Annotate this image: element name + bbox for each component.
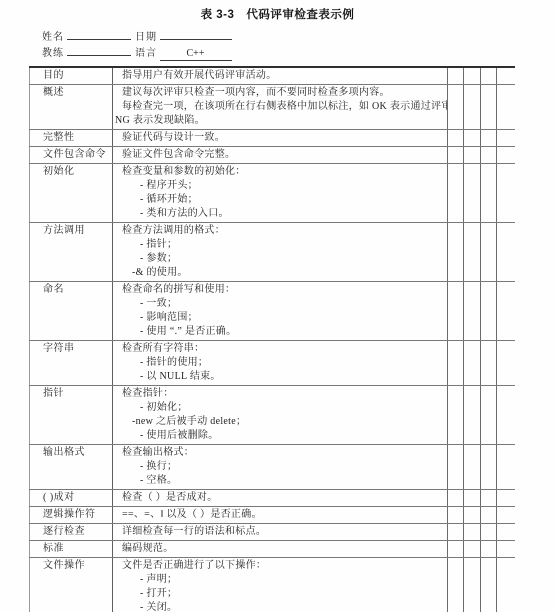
check-mark-cell [497, 490, 515, 507]
description-cell: 编码规范。 [113, 541, 448, 558]
description-line: - 声明； [113, 573, 447, 587]
description-line: - 初始化； [113, 401, 447, 415]
description-line: 检查变量和参数的初始化： [113, 165, 447, 179]
check-mark-cell [497, 445, 515, 490]
check-mark-cell [497, 524, 515, 541]
check-mark-cell [464, 147, 481, 164]
check-mark-cell [481, 445, 497, 490]
check-mark-cell [481, 541, 497, 558]
check-mark-cell [464, 85, 481, 130]
description-cell: 检查所有字符串：- 指针的使用；- 以 NULL 结束。 [113, 341, 448, 386]
category-cell: 输出格式 [30, 445, 113, 490]
description-line: -& 的使用。 [113, 266, 447, 280]
description-line: - 打开； [113, 587, 447, 601]
description-line: - 循环开始； [113, 193, 447, 207]
check-mark-cell [481, 341, 497, 386]
table-row: 字符串检查所有字符串：- 指针的使用；- 以 NULL 结束。 [30, 341, 515, 386]
description-cell: 验证文件包含命令完整。 [113, 147, 448, 164]
check-mark-cell [448, 164, 464, 223]
check-mark-cell [464, 164, 481, 223]
table-row: 标准编码规范。 [30, 541, 515, 558]
check-mark-cell [448, 558, 464, 612]
check-mark-cell [464, 130, 481, 147]
check-mark-cell [448, 386, 464, 445]
table-row: 初始化检查变量和参数的初始化：- 程序开头；- 循环开始；- 类和方法的入口。 [30, 164, 515, 223]
header-fields: 姓名 日期 教练 语言 C++ [42, 29, 555, 61]
description-cell: 检查命名的拼写和使用：- 一致；- 影响范围；- 使用 “.” 是否正确。 [113, 282, 448, 341]
language-underline: C++ [160, 48, 232, 61]
table-row: 逐行检查详细检查每一行的语法和标点。 [30, 524, 515, 541]
check-mark-cell [497, 147, 515, 164]
check-mark-cell [464, 541, 481, 558]
name-underline [67, 29, 131, 40]
description-line: 检查方法调用的格式： [113, 224, 447, 238]
description-line: 文件是否正确进行了以下操作： [113, 559, 447, 573]
category-cell: 标准 [30, 541, 113, 558]
description-line: 建议每次评审只检查一项内容，而不要同时检查多项内容。 [113, 86, 447, 100]
check-mark-cell [497, 223, 515, 282]
table-row: 文件操作文件是否正确进行了以下操作：- 声明；- 打开；- 关闭。 [30, 558, 515, 612]
description-line: 每检查完一项，在该项所在行右侧表格中加以标注，如 OK 表示通过评审， [113, 100, 447, 114]
check-mark-cell [448, 67, 464, 85]
table-row: 指针检查指针：- 初始化；-new 之后被手动 delete；- 使用后被删除。 [30, 386, 515, 445]
check-mark-cell [481, 67, 497, 85]
description-line: 编码规范。 [113, 542, 447, 556]
check-mark-cell [464, 282, 481, 341]
check-mark-cell [497, 282, 515, 341]
description-line: - 影响范围； [113, 311, 447, 325]
checklist-table: 目的指导用户有效开展代码评审活动。概述建议每次评审只检查一项内容，而不要同时检查… [29, 66, 515, 612]
category-cell: 文件操作 [30, 558, 113, 612]
description-line: 检查命名的拼写和使用： [113, 283, 447, 297]
check-mark-cell [448, 524, 464, 541]
description-line: - 关闭。 [113, 601, 447, 612]
check-mark-cell [497, 67, 515, 85]
check-mark-cell [497, 386, 515, 445]
description-line: 详细检查每一行的语法和标点。 [113, 525, 447, 539]
check-mark-cell [481, 490, 497, 507]
category-cell: 方法调用 [30, 223, 113, 282]
description-line: 验证文件包含命令完整。 [113, 148, 447, 162]
description-line: - 换行； [113, 460, 447, 474]
description-cell: 检查方法调用的格式：- 指针；- 参数；-& 的使用。 [113, 223, 448, 282]
name-label: 姓名 [42, 32, 64, 43]
table-row: 完整性验证代码与设计一致。 [30, 130, 515, 147]
description-cell: 检查（ ）是否成对。 [113, 490, 448, 507]
description-cell: 指导用户有效开展代码评审活动。 [113, 67, 448, 85]
category-cell: 初始化 [30, 164, 113, 223]
check-mark-cell [464, 386, 481, 445]
check-mark-cell [481, 524, 497, 541]
description-line: - 以 NULL 结束。 [113, 370, 447, 384]
description-line: - 空格。 [113, 474, 447, 488]
check-mark-cell [497, 130, 515, 147]
check-mark-cell [481, 282, 497, 341]
description-line: 检查指针： [113, 387, 447, 401]
coach-label: 教练 [42, 48, 64, 59]
description-line: - 类和方法的入口。 [113, 207, 447, 221]
check-mark-cell [448, 130, 464, 147]
check-mark-cell [481, 507, 497, 524]
check-mark-cell [448, 507, 464, 524]
check-mark-cell [497, 164, 515, 223]
check-mark-cell [464, 507, 481, 524]
description-line: 验证代码与设计一致。 [113, 131, 447, 145]
description-line: - 指针的使用； [113, 356, 447, 370]
category-cell: 逐行检查 [30, 524, 113, 541]
check-mark-cell [481, 223, 497, 282]
table-row: 逻辑操作符==、=、‖ 以及（ ）是否正确。 [30, 507, 515, 524]
table-row: ( )成对检查（ ）是否成对。 [30, 490, 515, 507]
check-mark-cell [497, 507, 515, 524]
check-mark-cell [497, 341, 515, 386]
table-row: 输出格式检查输出格式：- 换行；- 空格。 [30, 445, 515, 490]
description-line: - 使用后被删除。 [113, 429, 447, 443]
description-cell: 检查指针：- 初始化；-new 之后被手动 delete；- 使用后被删除。 [113, 386, 448, 445]
check-mark-cell [481, 164, 497, 223]
description-cell: 文件是否正确进行了以下操作：- 声明；- 打开；- 关闭。 [113, 558, 448, 612]
table-row: 目的指导用户有效开展代码评审活动。 [30, 67, 515, 85]
date-underline [160, 29, 232, 40]
description-cell: 检查变量和参数的初始化：- 程序开头；- 循环开始；- 类和方法的入口。 [113, 164, 448, 223]
description-line: - 参数； [113, 252, 447, 266]
description-line: NG 表示发现缺陷。 [113, 114, 447, 128]
description-line: -new 之后被手动 delete； [113, 415, 447, 429]
check-mark-cell [481, 386, 497, 445]
description-cell: 详细检查每一行的语法和标点。 [113, 524, 448, 541]
category-cell: 完整性 [30, 130, 113, 147]
category-cell: 指针 [30, 386, 113, 445]
check-mark-cell [464, 223, 481, 282]
description-cell: 建议每次评审只检查一项内容，而不要同时检查多项内容。每检查完一项，在该项所在行右… [113, 85, 448, 130]
check-mark-cell [448, 85, 464, 130]
table-row: 文件包含命令验证文件包含命令完整。 [30, 147, 515, 164]
table-row: 方法调用检查方法调用的格式：- 指针；- 参数；-& 的使用。 [30, 223, 515, 282]
description-line: - 一致； [113, 297, 447, 311]
meta-line-1: 姓名 日期 [42, 29, 555, 45]
check-mark-cell [448, 541, 464, 558]
description-line: 指导用户有效开展代码评审活动。 [113, 69, 447, 83]
description-line: - 使用 “.” 是否正确。 [113, 325, 447, 339]
check-mark-cell [497, 558, 515, 612]
category-cell: 目的 [30, 67, 113, 85]
check-mark-cell [464, 490, 481, 507]
description-line: - 程序开头； [113, 179, 447, 193]
check-mark-cell [481, 85, 497, 130]
check-mark-cell [481, 130, 497, 147]
date-label: 日期 [135, 32, 157, 43]
category-cell: ( )成对 [30, 490, 113, 507]
description-cell: 验证代码与设计一致。 [113, 130, 448, 147]
check-mark-cell [464, 67, 481, 85]
check-mark-cell [448, 147, 464, 164]
meta-line-2: 教练 语言 C++ [42, 45, 555, 61]
language-value: C++ [187, 48, 205, 59]
category-cell: 命名 [30, 282, 113, 341]
description-line: 检查输出格式： [113, 446, 447, 460]
category-cell: 字符串 [30, 341, 113, 386]
checklist-rows: 目的指导用户有效开展代码评审活动。概述建议每次评审只检查一项内容，而不要同时检查… [30, 67, 515, 612]
check-mark-cell [464, 445, 481, 490]
description-line: - 指针； [113, 238, 447, 252]
table-row: 命名检查命名的拼写和使用：- 一致；- 影响范围；- 使用 “.” 是否正确。 [30, 282, 515, 341]
check-mark-cell [481, 147, 497, 164]
check-mark-cell [448, 341, 464, 386]
language-label: 语言 [135, 48, 157, 59]
description-line: 检查所有字符串： [113, 342, 447, 356]
check-mark-cell [464, 524, 481, 541]
check-mark-cell [481, 558, 497, 612]
check-mark-cell [464, 558, 481, 612]
description-cell: ==、=、‖ 以及（ ）是否正确。 [113, 507, 448, 524]
page-title: 表 3-3 代码评审检查表示例 [0, 0, 555, 22]
check-mark-cell [448, 445, 464, 490]
description-line: ==、=、‖ 以及（ ）是否正确。 [113, 508, 447, 522]
check-mark-cell [448, 490, 464, 507]
description-cell: 检查输出格式：- 换行；- 空格。 [113, 445, 448, 490]
document-page: 表 3-3 代码评审检查表示例 姓名 日期 教练 语言 C++ 目的指导用户有效… [0, 0, 555, 612]
check-mark-cell [448, 223, 464, 282]
check-mark-cell [497, 85, 515, 130]
check-mark-cell [497, 541, 515, 558]
category-cell: 逻辑操作符 [30, 507, 113, 524]
description-line: 检查（ ）是否成对。 [113, 491, 447, 505]
category-cell: 文件包含命令 [30, 147, 113, 164]
table-row: 概述建议每次评审只检查一项内容，而不要同时检查多项内容。每检查完一项，在该项所在… [30, 85, 515, 130]
check-mark-cell [464, 341, 481, 386]
category-cell: 概述 [30, 85, 113, 130]
check-mark-cell [448, 282, 464, 341]
coach-underline [67, 45, 131, 56]
